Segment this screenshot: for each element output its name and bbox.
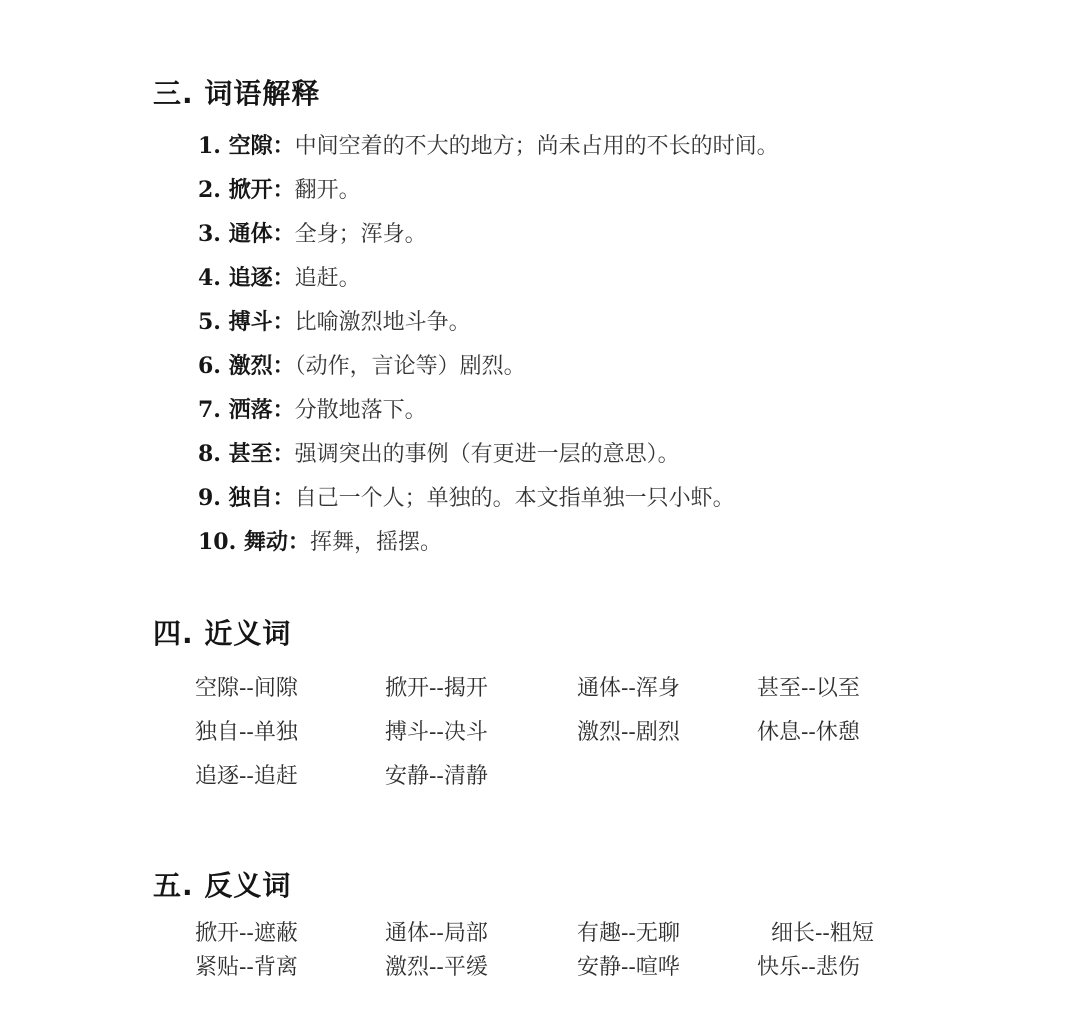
term-label: 4. 追逐：: [198, 265, 295, 291]
word-pair: 掀开--遮蔽: [195, 917, 385, 951]
term-definition: （动作，言论等）剧烈。: [295, 354, 526, 379]
word-pair: 有趣--无聊: [577, 917, 757, 951]
term-label: 6. 激烈：: [198, 353, 295, 379]
term-definition: 比喻激烈地斗争。: [295, 310, 471, 335]
antonym-row-2: 紧贴--背离 激烈--平缓 安静--喧哗 快乐--悲伤: [195, 951, 1020, 985]
term-definition: 分散地落下。: [295, 398, 427, 423]
word-pair: 激烈--平缓: [385, 951, 577, 985]
term-label: 8. 甚至：: [198, 441, 295, 467]
term-label: 1. 空隙：: [198, 133, 295, 159]
antonym-rows: 掀开--遮蔽 通体--局部 有趣--无聊 细长--粗短 紧贴--背离 激烈--平…: [153, 917, 1020, 985]
term-label: 10. 舞动：: [198, 529, 310, 555]
term-label: 9. 独自：: [198, 485, 295, 511]
word-explanation-item-1: 1. 空隙：中间空着的不大的地方；尚未占用的不长的时间。: [198, 124, 1020, 168]
word-pair: 安静--喧哗: [577, 951, 757, 985]
word-pair: 追逐--追赶: [195, 755, 385, 799]
word-pair: 独自--单独: [195, 711, 385, 755]
term-label: 7. 洒落：: [198, 397, 295, 423]
word-explanation-item-10: 10. 舞动：挥舞，摇摆。: [198, 520, 1020, 564]
word-pair: 通体--局部: [385, 917, 577, 951]
word-pair: 快乐--悲伤: [757, 951, 860, 985]
word-pair: 甚至--以至: [757, 667, 860, 711]
word-explanation-item-8: 8. 甚至：强调突出的事例（有更进一层的意思）。: [198, 432, 1020, 476]
word-explanation-item-7: 7. 洒落：分散地落下。: [198, 388, 1020, 432]
synonym-row-1: 空隙--间隙 掀开--揭开 通体--浑身 甚至--以至: [195, 667, 1020, 711]
section-title-synonyms: 四. 近义词: [153, 618, 1020, 650]
word-explanation-item-3: 3. 通体：全身；浑身。: [198, 212, 1020, 256]
synonym-row-3: 追逐--追赶 安静--清静: [195, 755, 1020, 799]
word-explanation-item-2: 2. 掀开：翻开。: [198, 168, 1020, 212]
document-page: 三. 词语解释 1. 空隙：中间空着的不大的地方；尚未占用的不长的时间。 2. …: [0, 0, 1080, 1031]
word-pair: 搏斗--决斗: [385, 711, 577, 755]
term-definition: 自己一个人；单独的。本文指单独一只小虾。: [295, 486, 735, 511]
word-pair: 激烈--剧烈: [577, 711, 757, 755]
word-pair: 安静--清静: [385, 755, 577, 799]
word-explanation-item-6: 6. 激烈：（动作，言论等）剧烈。: [198, 344, 1020, 388]
term-label: 3. 通体：: [198, 221, 295, 247]
word-explanation-item-9: 9. 独自：自己一个人；单独的。本文指单独一只小虾。: [198, 476, 1020, 520]
word-pair: 空隙--间隙: [195, 667, 385, 711]
word-explanation-list: 1. 空隙：中间空着的不大的地方；尚未占用的不长的时间。 2. 掀开：翻开。 3…: [153, 124, 1020, 564]
word-pair: 休息--休憩: [757, 711, 860, 755]
word-explanation-item-5: 5. 搏斗：比喻激烈地斗争。: [198, 300, 1020, 344]
word-pair: 细长--粗短: [771, 917, 874, 951]
term-definition: 强调突出的事例（有更进一层的意思）。: [295, 442, 680, 467]
term-definition: 追赶。: [295, 266, 361, 291]
term-definition: 中间空着的不大的地方；尚未占用的不长的时间。: [295, 134, 779, 159]
word-pair: 通体--浑身: [577, 667, 757, 711]
synonym-row-2: 独自--单独 搏斗--决斗 激烈--剧烈 休息--休憩: [195, 711, 1020, 755]
term-definition: 挥舞，摇摆。: [310, 530, 442, 555]
term-definition: 全身；浑身。: [295, 222, 427, 247]
antonym-row-1: 掀开--遮蔽 通体--局部 有趣--无聊 细长--粗短: [195, 917, 1020, 951]
word-explanation-item-4: 4. 追逐：追赶。: [198, 256, 1020, 300]
term-label: 5. 搏斗：: [198, 309, 295, 335]
word-pair: 紧贴--背离: [195, 951, 385, 985]
section-title-word-explanations: 三. 词语解释: [153, 78, 1020, 110]
term-label: 2. 掀开：: [198, 177, 295, 203]
term-definition: 翻开。: [295, 178, 361, 203]
synonym-rows: 空隙--间隙 掀开--揭开 通体--浑身 甚至--以至 独自--单独 搏斗--决…: [153, 667, 1020, 799]
word-pair: 掀开--揭开: [385, 667, 577, 711]
section-title-antonyms: 五. 反义词: [153, 870, 1020, 902]
